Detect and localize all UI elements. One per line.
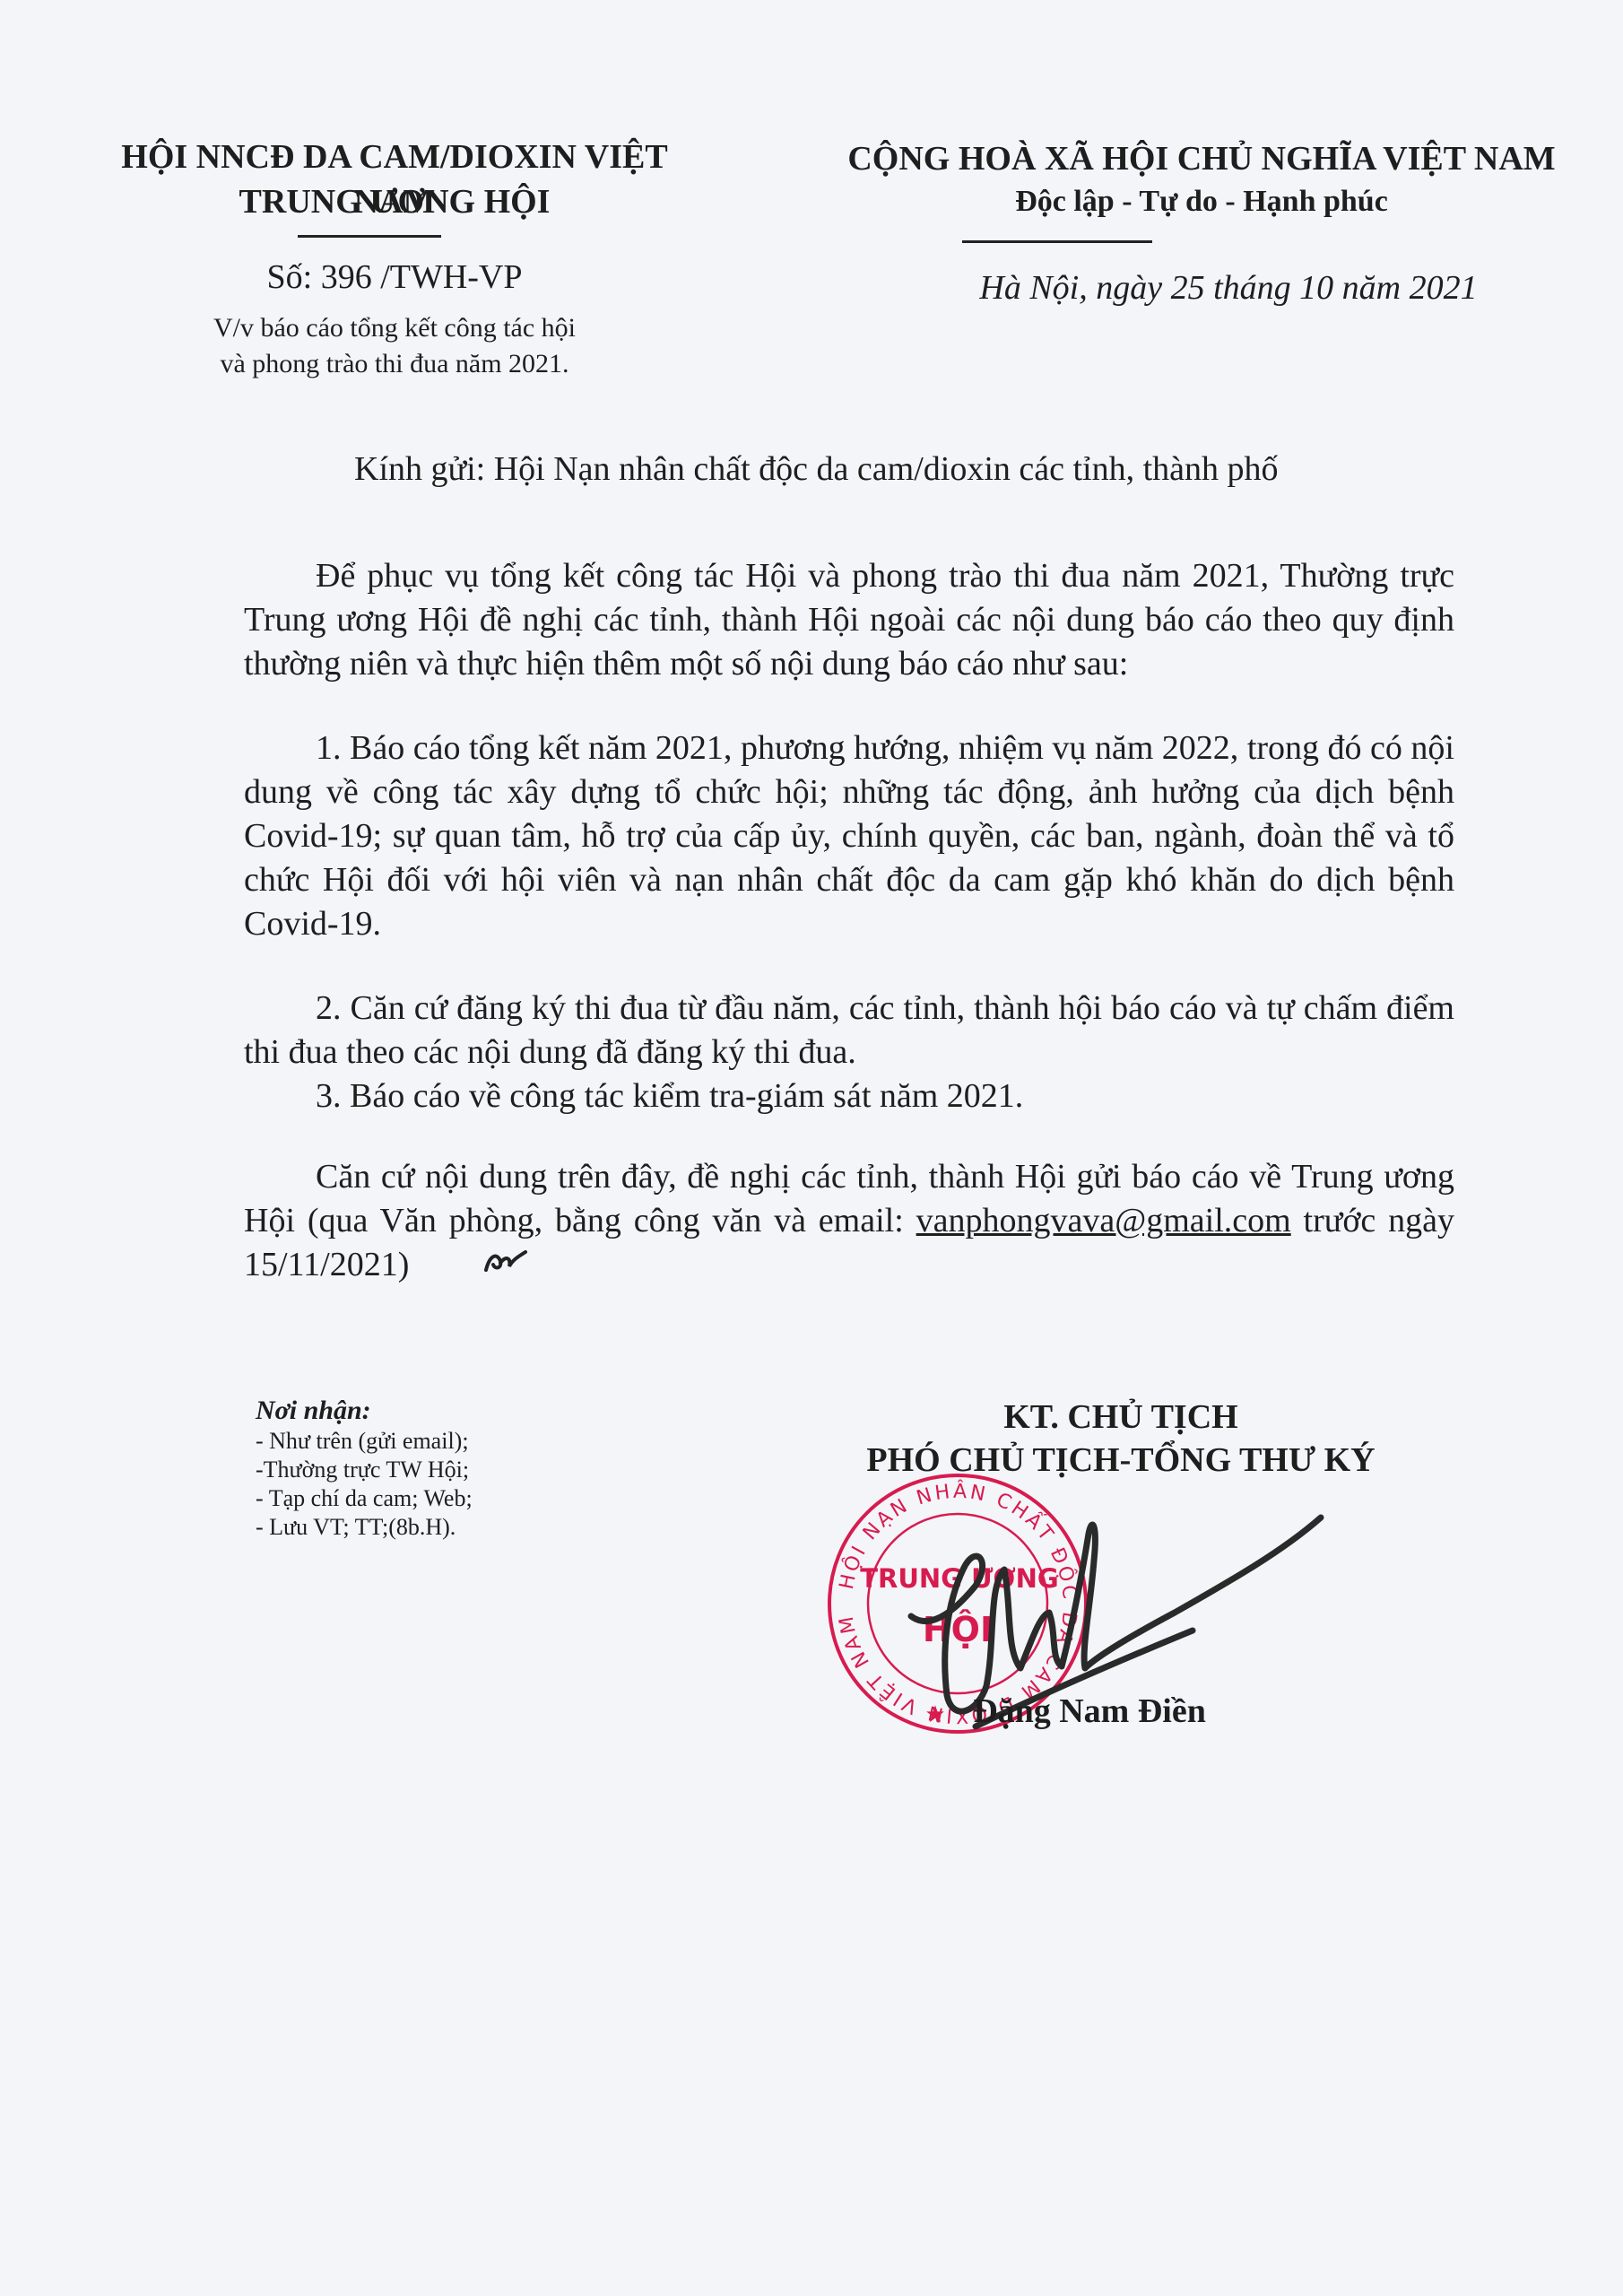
request-item-text: 1. Báo cáo tổng kết năm 2021, phương hướ… [244, 726, 1454, 946]
national-title: CỘNG HOÀ XÃ HỘI CHỦ NGHĨA VIỆT NAM [816, 136, 1587, 181]
request-item-1: 1. Báo cáo tổng kết năm 2021, phương hướ… [244, 726, 1454, 946]
place-and-date: Hà Nội, ngày 25 tháng 10 năm 2021 [879, 265, 1578, 310]
recipient-item: - Tạp chí da cam; Web; [256, 1484, 659, 1513]
closing-paragraph: Căn cứ nội dung trên đây, đề nghị các tỉ… [244, 1155, 1454, 1287]
signature-title-primary: KT. CHỦ TỊCH [807, 1396, 1435, 1438]
header-right-divider [962, 240, 1152, 243]
request-item-text: 2. Căn cứ đăng ký thi đua từ đầu năm, cá… [244, 987, 1454, 1074]
request-item-text: 3. Báo cáo về công tác kiểm tra-giám sát… [244, 1074, 1454, 1118]
intro-paragraph: Để phục vụ tổng kết công tác Hội và phon… [244, 554, 1454, 686]
recipient-item: - Lưu VT; TT;(8b.H). [256, 1513, 659, 1542]
initial-mark-icon [409, 1243, 463, 1287]
recipients-list: Nơi nhận: - Như trên (gửi email); -Thườn… [256, 1395, 659, 1542]
recipient-item: -Thường trực TW Hội; [256, 1456, 659, 1484]
subject-line-1: V/v báo cáo tổng kết công tác hội [108, 310, 681, 346]
header-left-divider [298, 235, 441, 238]
national-motto: Độc lập - Tự do - Hạnh phúc [816, 181, 1587, 222]
subject-line-2: và phong trào thi đua năm 2021. [108, 346, 681, 382]
signature-title-secondary: PHÓ CHỦ TỊCH-TỔNG THƯ KÝ [807, 1439, 1435, 1481]
request-item-2: 2. Căn cứ đăng ký thi đua từ đầu năm, cá… [244, 987, 1454, 1074]
document-number: Số: 396 /TWH-VP [108, 255, 681, 300]
document-subject: V/v báo cáo tổng kết công tác hội và pho… [108, 310, 681, 382]
request-item-3: 3. Báo cáo về công tác kiểm tra-giám sát… [244, 1074, 1454, 1118]
recipients-title: Nơi nhận: [256, 1395, 659, 1427]
intro-text: Để phục vụ tổng kết công tác Hội và phon… [244, 554, 1454, 686]
addressee: Kính gửi: Hội Nạn nhân chất độc da cam/d… [354, 447, 1520, 491]
organization-unit: TRUNG ƯƠNG HỘI [108, 179, 681, 224]
email-link[interactable]: vanphongvava@gmail.com [916, 1202, 1291, 1239]
recipient-item: - Như trên (gửi email); [256, 1427, 659, 1456]
signer-name: Đặng Nam Điền [928, 1691, 1251, 1732]
